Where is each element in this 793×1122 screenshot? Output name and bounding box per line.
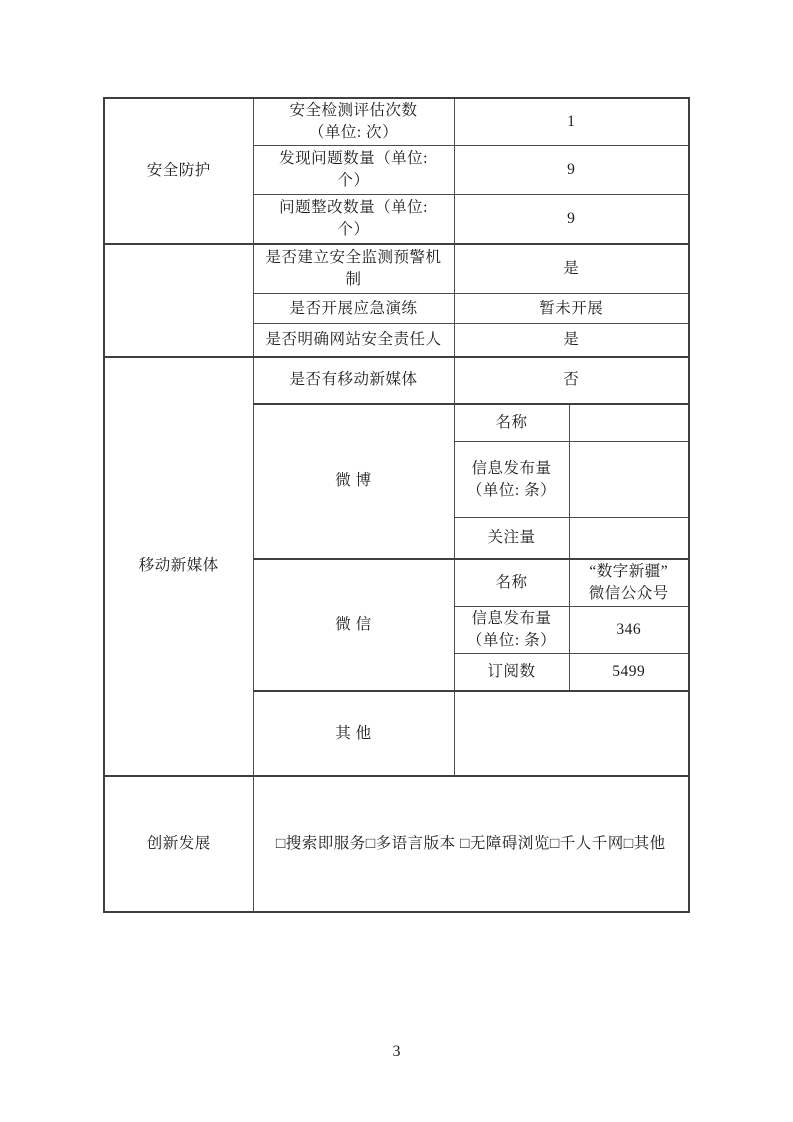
value-cell-warning-mechanism: 是 bbox=[454, 244, 689, 294]
wechat-group-label: 微 信 bbox=[253, 559, 454, 692]
value-cell-security-owner: 是 bbox=[454, 324, 689, 357]
question-cell-security-checks: 安全检测评估次数 （单位: 次） bbox=[253, 98, 454, 146]
document-page: 安全防护 安全检测评估次数 （单位: 次） 1 发现问题数量（单位: 个） 9 … bbox=[0, 0, 793, 1122]
section-label-mobile-media: 移动新媒体 bbox=[104, 357, 253, 777]
value-cell-weibo-posts bbox=[569, 442, 689, 518]
field-label-wechat-subscribers: 订阅数 bbox=[454, 653, 569, 691]
weibo-group-label: 微 博 bbox=[253, 404, 454, 559]
question-cell-emergency-drill: 是否开展应急演练 bbox=[253, 294, 454, 324]
value-cell-security-checks: 1 bbox=[454, 98, 689, 146]
field-label-weibo-posts: 信息发布量 （单位: 条） bbox=[454, 442, 569, 518]
value-cell-emergency-drill: 暂未开展 bbox=[454, 294, 689, 324]
question-cell-has-mobile-media: 是否有移动新媒体 bbox=[253, 357, 454, 404]
section-label-innovation: 创新发展 bbox=[104, 776, 253, 912]
value-cell-wechat-posts: 346 bbox=[569, 606, 689, 653]
value-cell-weibo-name bbox=[569, 404, 689, 442]
value-cell-wechat-subscribers: 5499 bbox=[569, 653, 689, 691]
value-cell-has-mobile-media: 否 bbox=[454, 357, 689, 404]
question-cell-warning-mechanism: 是否建立安全监测预警机 制 bbox=[253, 244, 454, 294]
section-label-security-protection: 安全防护 bbox=[104, 98, 253, 244]
value-cell-problems-fixed: 9 bbox=[454, 195, 689, 244]
field-label-weibo-followers: 关注量 bbox=[454, 518, 569, 559]
report-table: 安全防护 安全检测评估次数 （单位: 次） 1 发现问题数量（单位: 个） 9 … bbox=[103, 97, 690, 913]
value-cell-problems-found: 9 bbox=[454, 146, 689, 195]
field-label-wechat-posts: 信息发布量 （单位: 条） bbox=[454, 606, 569, 653]
other-group-label: 其 他 bbox=[253, 691, 454, 776]
value-cell-weibo-followers bbox=[569, 518, 689, 559]
question-cell-security-owner: 是否明确网站安全责任人 bbox=[253, 324, 454, 357]
question-cell-problems-found: 发现问题数量（单位: 个） bbox=[253, 146, 454, 195]
field-label-wechat-name: 名称 bbox=[454, 559, 569, 607]
page-number: 3 bbox=[0, 1043, 793, 1061]
value-cell-other-media bbox=[454, 691, 689, 776]
checkbox-options-line: □搜索即服务□多语言版本 □无障碍浏览□千人千网□其他 bbox=[253, 776, 689, 912]
field-label-weibo-name: 名称 bbox=[454, 404, 569, 442]
value-cell-wechat-name: “数字新疆” 微信公众号 bbox=[569, 559, 689, 607]
question-cell-problems-fixed: 问题整改数量（单位: 个） bbox=[253, 195, 454, 244]
section-label-blank bbox=[104, 244, 253, 357]
